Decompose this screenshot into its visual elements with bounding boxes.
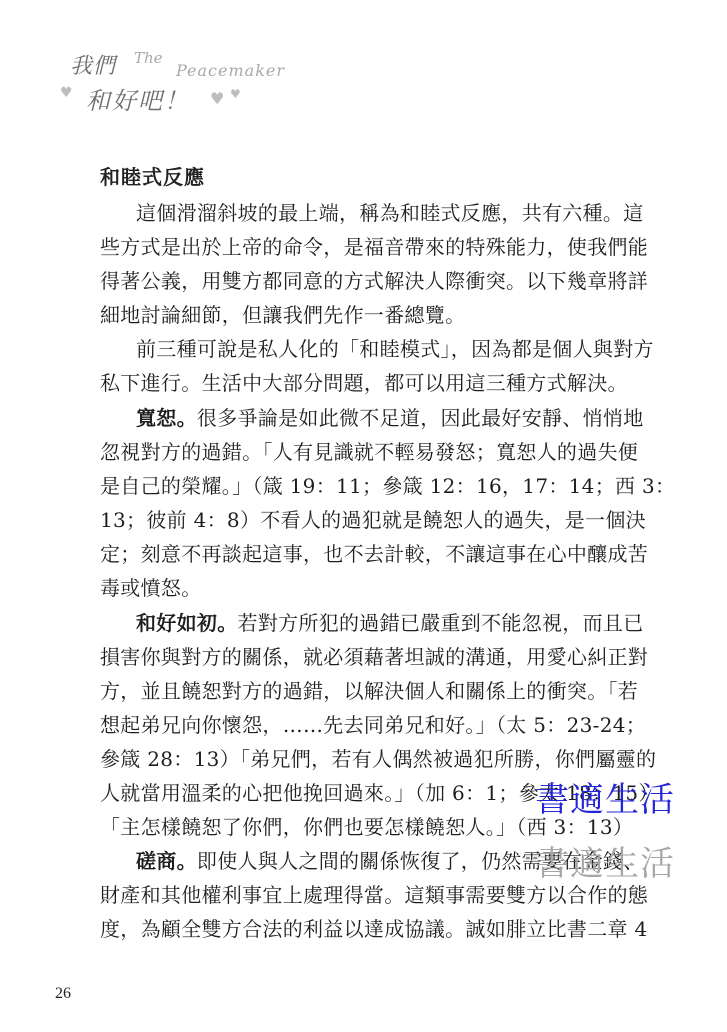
line-text: 度，為顧全雙方合法的利益以達成協議。誠如腓立比書二章 4 — [100, 917, 647, 941]
text-line: 得著公義，用雙方都同意的方式解決人際衝突。以下幾章將詳 — [100, 268, 640, 294]
logo-english-the: The — [134, 49, 163, 67]
line-text: 細地討論細節，但讓我們先作一番總覽。 — [100, 303, 465, 327]
paragraph-lead-term: 磋商。 — [136, 849, 197, 873]
line-text: 想起弟兄向你懷怨，……先去同弟兄和好。」（太 5：23-24； — [100, 713, 646, 737]
section-heading: 和睦式反應 — [100, 161, 205, 190]
text-line: 細地討論細節，但讓我們先作一番總覽。 — [100, 302, 640, 328]
text-line: 財產和其他權利事宜上處理得當。這類事需要雙方以合作的態 — [100, 882, 640, 908]
line-text: 私下進行。生活中大部分問題，都可以用這三種方式解決。 — [100, 371, 628, 395]
logo-title-line1: 我們 — [70, 49, 116, 80]
page-number: 26 — [55, 985, 71, 1003]
text-line: 些方式是出於上帝的命令，是福音帶來的特殊能力，使我們能 — [100, 234, 640, 260]
line-text: 忽視對方的過錯。「人有見識就不輕易發怒；寬恕人的過失便 — [100, 440, 638, 464]
text-line: 定；刻意不再談起這事，也不去計較，不讓這事在心中釀成苦 — [100, 541, 640, 567]
text-line: 方，並且饒恕對方的過錯，以解決個人和關係上的衝突。「若 — [100, 678, 640, 704]
text-line: 損害你與對方的關係，就必須藉著坦誠的溝通，用愛心糾正對 — [100, 644, 640, 670]
text-line: 前三種可說是私人化的「和睦模式」，因為都是個人與對方 — [136, 336, 676, 362]
text-line: 這個滑溜斜坡的最上端，稱為和睦式反應，共有六種。這 — [136, 200, 676, 226]
line-text: 財產和其他權利事宜上處理得當。這類事需要雙方以合作的態 — [100, 883, 648, 907]
line-text: 方，並且饒恕對方的過錯，以解決個人和關係上的衝突。「若 — [100, 679, 638, 703]
paragraph-lead-term: 寬恕。 — [136, 406, 197, 430]
line-text: 若對方所犯的過錯已嚴重到不能忽視，而且已 — [238, 611, 644, 635]
heart-icon: ♥ — [230, 87, 241, 101]
line-text: 毒或憤怒。 — [100, 576, 202, 600]
text-line: 度，為顧全雙方合法的利益以達成協議。誠如腓立比書二章 4 — [100, 916, 640, 942]
line-text: 得著公義，用雙方都同意的方式解決人際衝突。以下幾章將詳 — [100, 269, 648, 293]
line-text: 這個滑溜斜坡的最上端，稱為和睦式反應，共有六種。這 — [136, 201, 644, 225]
line-text: 定；刻意不再談起這事，也不去計較，不讓這事在心中釀成苦 — [100, 542, 648, 566]
watermark-blue: 書適生活 — [535, 772, 675, 821]
heart-icon: ♥ — [210, 89, 224, 108]
paragraph-lead-term: 和好如初。 — [136, 611, 238, 635]
watermark-gray: 書適生活 — [535, 836, 675, 885]
line-text: 13；彼前 4：8）不看人的過犯就是饒恕人的過失，是一個決 — [100, 508, 646, 532]
text-line: 和好如初。若對方所犯的過錯已嚴重到不能忽視，而且已 — [136, 610, 676, 636]
text-line: 忽視對方的過錯。「人有見識就不輕易發怒；寬恕人的過失便 — [100, 439, 640, 465]
text-line: 參箴 28：13）「弟兄們，若有人偶然被過犯所勝，你們屬靈的 — [100, 746, 640, 772]
line-text: 些方式是出於上帝的命令，是福音帶來的特殊能力，使我們能 — [100, 235, 648, 259]
book-series-logo: 我們 The Peacemaker ♥ 和好吧！ ♥ ♥ — [58, 45, 298, 115]
text-line: 13；彼前 4：8）不看人的過犯就是饒恕人的過失，是一個決 — [100, 507, 640, 533]
logo-title-line2: 和好吧！ — [86, 81, 190, 116]
line-text: 損害你與對方的關係，就必須藉著坦誠的溝通，用愛心糾正對 — [100, 645, 648, 669]
line-text: 是自己的榮耀。」（箴 19：11；參箴 12：16，17：14；西 3： — [100, 474, 675, 498]
line-text: 很多爭論是如此微不足道，因此最好安靜、悄悄地 — [197, 406, 644, 430]
text-line: 毒或憤怒。 — [100, 575, 640, 601]
text-line: 寬恕。很多爭論是如此微不足道，因此最好安靜、悄悄地 — [136, 405, 676, 431]
heart-icon: ♥ — [60, 85, 73, 101]
logo-english-title: Peacemaker — [176, 61, 285, 80]
text-line: 私下進行。生活中大部分問題，都可以用這三種方式解決。 — [100, 370, 640, 396]
line-text: 前三種可說是私人化的「和睦模式」，因為都是個人與對方 — [136, 337, 654, 361]
text-line: 是自己的榮耀。」（箴 19：11；參箴 12：16，17：14；西 3： — [100, 473, 640, 499]
text-line: 想起弟兄向你懷怨，……先去同弟兄和好。」（太 5：23-24； — [100, 712, 640, 738]
line-text: 參箴 28：13）「弟兄們，若有人偶然被過犯所勝，你們屬靈的 — [100, 747, 656, 771]
